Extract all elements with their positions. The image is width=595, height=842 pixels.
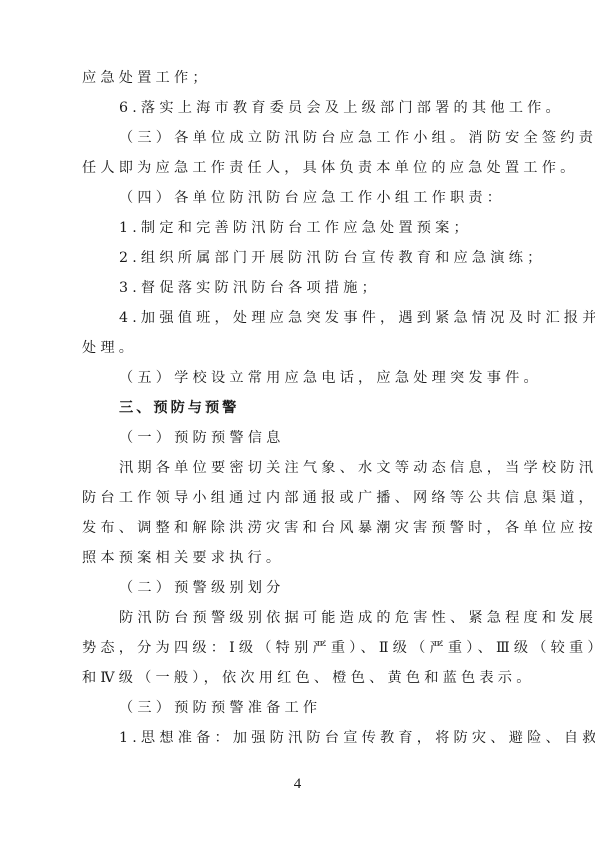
- document-page: 应急处置工作； 6.落实上海市教育委员会及上级部门部署的其他工作。 （三）各单位…: [0, 0, 595, 842]
- warning-info-line-3: 发布、调整和解除洪涝灾害和台风暴潮灾害预警时，各单位应按: [82, 513, 528, 543]
- section-3-line-1: （三）各单位成立防汛防台应急工作小组。消防安全签约责: [82, 123, 528, 153]
- chapter-heading: 三、预防与预警: [82, 393, 528, 423]
- warning-levels-line-2: 势态，分为四级：Ⅰ级（特别严重）、Ⅱ级（严重）、Ⅲ级（较重）: [82, 633, 528, 663]
- section-5: （五）学校设立常用应急电话，应急处理突发事件。: [82, 363, 528, 393]
- page-number: 4: [0, 776, 595, 793]
- document-body: 应急处置工作； 6.落实上海市教育委员会及上级部门部署的其他工作。 （三）各单位…: [82, 63, 528, 753]
- warning-levels-line-3: 和Ⅳ级（一般），依次用红色、橙色、黄色和蓝色表示。: [82, 663, 528, 693]
- subsection-1-title: （一）预防预警信息: [82, 423, 528, 453]
- duty-item-3: 3.督促落实防汛防台各项措施；: [82, 273, 528, 303]
- paragraph-line: 应急处置工作；: [82, 63, 528, 93]
- duty-item-1: 1.制定和完善防汛防台工作应急处置预案；: [82, 213, 528, 243]
- section-3-line-2: 任人即为应急工作责任人，具体负责本单位的应急处置工作。: [82, 153, 528, 183]
- warning-levels-line-1: 防汛防台预警级别依据可能造成的危害性、紧急程度和发展: [82, 603, 528, 633]
- subsection-3-title: （三）预防预警准备工作: [82, 693, 528, 723]
- warning-info-line-1: 汛期各单位要密切关注气象、水文等动态信息，当学校防汛: [82, 453, 528, 483]
- warning-info-line-4: 照本预案相关要求执行。: [82, 543, 528, 573]
- warning-info-line-2: 防台工作领导小组通过内部通报或广播、网络等公共信息渠道，: [82, 483, 528, 513]
- duty-item-2: 2.组织所属部门开展防汛防台宣传教育和应急演练；: [82, 243, 528, 273]
- subsection-2-title: （二）预警级别划分: [82, 573, 528, 603]
- list-item-6: 6.落实上海市教育委员会及上级部门部署的其他工作。: [82, 93, 528, 123]
- duty-item-4-line-2: 处理。: [82, 333, 528, 363]
- section-4-title: （四）各单位防汛防台应急工作小组工作职责：: [82, 183, 528, 213]
- preparation-item-1: 1.思想准备：加强防汛防台宣传教育，将防灾、避险、自救、: [82, 723, 528, 753]
- duty-item-4-line-1: 4.加强值班，处理应急突发事件，遇到紧急情况及时汇报并: [82, 303, 528, 333]
